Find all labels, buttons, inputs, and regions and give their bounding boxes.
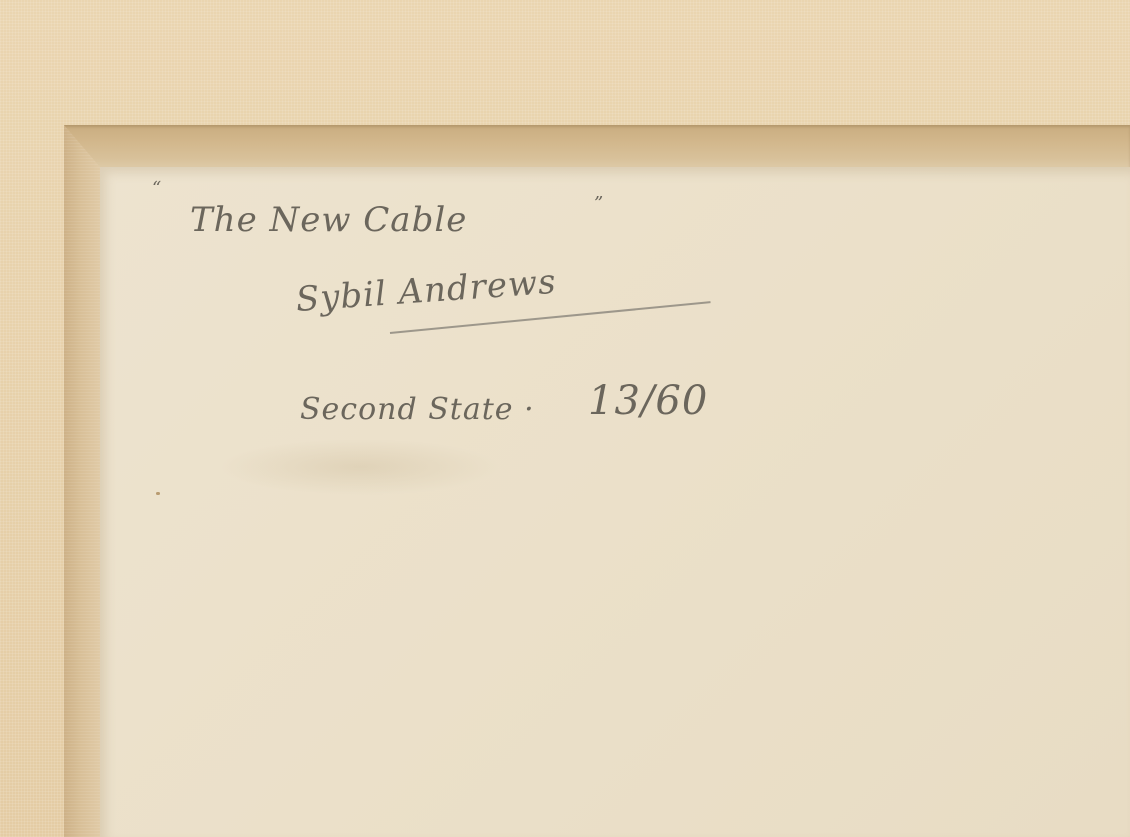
- print-paper-margin: [100, 167, 1130, 837]
- print-state: Second State ·: [300, 392, 535, 427]
- mat-bevel-top: [64, 125, 1130, 167]
- opening-quote: “: [152, 178, 162, 199]
- edition-number: 13/60: [588, 378, 708, 424]
- print-title: The New Cable: [190, 200, 467, 240]
- paper-speck: [156, 492, 160, 495]
- mat-bevel-left: [64, 125, 100, 837]
- closing-quote: ”: [594, 193, 604, 214]
